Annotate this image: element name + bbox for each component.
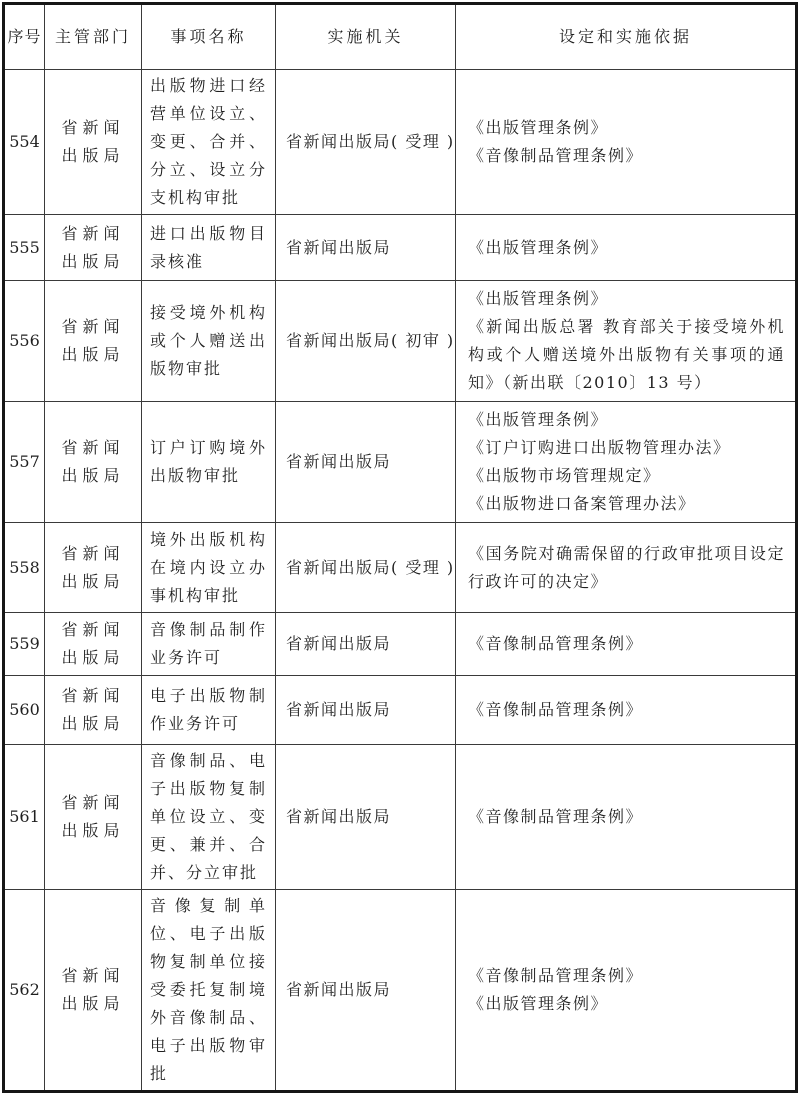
cell-basis: 《国务院对确需保留的行政审批项目设定行政许可的决定》 <box>456 523 797 613</box>
cell-no: 559 <box>4 613 45 676</box>
table-row: 555 省新闻出版局 进口出版物目录核准 省新闻出版局 《出版管理条例》 <box>4 215 797 281</box>
cell-basis: 《出版管理条例》《订户订购进口出版物管理办法》《出版物市场管理规定》《出版物进口… <box>456 402 797 523</box>
cell-item-name: 电子出版物制作业务许可 <box>142 676 276 745</box>
approval-items-table: 序号 主管部门 事项名称 实施机关 设定和实施依据 554 省新闻出版局 出版物… <box>2 2 798 1093</box>
table-row: 556 省新闻出版局 接受境外机构或个人赠送出版物审批 省新闻出版局( 初审 )… <box>4 281 797 402</box>
cell-no: 555 <box>4 215 45 281</box>
table-header: 序号 主管部门 事项名称 实施机关 设定和实施依据 <box>4 4 797 70</box>
cell-no: 556 <box>4 281 45 402</box>
cell-basis: 《音像制品管理条例》 <box>456 613 797 676</box>
cell-item-name: 境外出版机构在境内设立办事机构审批 <box>142 523 276 613</box>
cell-item-name: 接受境外机构或个人赠送出版物审批 <box>142 281 276 402</box>
cell-no: 558 <box>4 523 45 613</box>
cell-item-name: 订户订购境外出版物审批 <box>142 402 276 523</box>
cell-basis: 《出版管理条例》《新闻出版总署 教育部关于接受境外机构或个人赠送境外出版物有关事… <box>456 281 797 402</box>
header-basis: 设定和实施依据 <box>456 4 797 70</box>
cell-agency: 省新闻出版局 <box>276 613 456 676</box>
cell-department: 省新闻出版局 <box>45 745 142 890</box>
basis-entry: 《音像制品管理条例》 <box>468 803 785 831</box>
cell-item-name: 音像复制单位、电子出版物复制单位接受委托复制境外音像制品、电子出版物审批 <box>142 890 276 1092</box>
table-row: 559 省新闻出版局 音像制品制作业务许可 省新闻出版局 《音像制品管理条例》 <box>4 613 797 676</box>
table-row: 560 省新闻出版局 电子出版物制作业务许可 省新闻出版局 《音像制品管理条例》 <box>4 676 797 745</box>
basis-entry: 《出版物进口备案管理办法》 <box>468 490 785 518</box>
cell-department: 省新闻出版局 <box>45 402 142 523</box>
header-department: 主管部门 <box>45 4 142 70</box>
cell-agency: 省新闻出版局( 初审 ) <box>276 281 456 402</box>
cell-basis: 《音像制品管理条例》 <box>456 745 797 890</box>
cell-no: 561 <box>4 745 45 890</box>
basis-entry: 《国务院对确需保留的行政审批项目设定行政许可的决定》 <box>468 540 785 596</box>
cell-department: 省新闻出版局 <box>45 676 142 745</box>
table-row: 562 省新闻出版局 音像复制单位、电子出版物复制单位接受委托复制境外音像制品、… <box>4 890 797 1092</box>
cell-department: 省新闻出版局 <box>45 890 142 1092</box>
cell-item-name: 音像制品、电子出版物复制单位设立、变更、兼并、合并、分立审批 <box>142 745 276 890</box>
cell-agency: 省新闻出版局( 受理 ) <box>276 70 456 215</box>
cell-department: 省新闻出版局 <box>45 613 142 676</box>
cell-department: 省新闻出版局 <box>45 281 142 402</box>
cell-basis: 《出版管理条例》 <box>456 215 797 281</box>
cell-no: 562 <box>4 890 45 1092</box>
table-row: 557 省新闻出版局 订户订购境外出版物审批 省新闻出版局 《出版管理条例》《订… <box>4 402 797 523</box>
basis-entry: 《订户订购进口出版物管理办法》 <box>468 434 785 462</box>
table-body: 554 省新闻出版局 出版物进口经营单位设立、变更、合并、分立、设立分支机构审批… <box>4 70 797 1092</box>
basis-entry: 《出版物市场管理规定》 <box>468 462 785 490</box>
cell-basis: 《出版管理条例》《音像制品管理条例》 <box>456 70 797 215</box>
cell-basis: 《音像制品管理条例》 <box>456 676 797 745</box>
table-row: 554 省新闻出版局 出版物进口经营单位设立、变更、合并、分立、设立分支机构审批… <box>4 70 797 215</box>
header-item-name: 事项名称 <box>142 4 276 70</box>
basis-entry: 《出版管理条例》 <box>468 234 785 262</box>
cell-item-name: 音像制品制作业务许可 <box>142 613 276 676</box>
header-no: 序号 <box>4 4 45 70</box>
cell-no: 560 <box>4 676 45 745</box>
table-row: 561 省新闻出版局 音像制品、电子出版物复制单位设立、变更、兼并、合并、分立审… <box>4 745 797 890</box>
basis-entry: 《新闻出版总署 教育部关于接受境外机构或个人赠送境外出版物有关事项的通知》（新出… <box>468 313 785 397</box>
cell-department: 省新闻出版局 <box>45 70 142 215</box>
basis-entry: 《出版管理条例》 <box>468 285 785 313</box>
cell-department: 省新闻出版局 <box>45 523 142 613</box>
header-row: 序号 主管部门 事项名称 实施机关 设定和实施依据 <box>4 4 797 70</box>
basis-entry: 《音像制品管理条例》 <box>468 962 785 990</box>
header-agency: 实施机关 <box>276 4 456 70</box>
cell-no: 554 <box>4 70 45 215</box>
cell-agency: 省新闻出版局 <box>276 745 456 890</box>
cell-no: 557 <box>4 402 45 523</box>
cell-agency: 省新闻出版局 <box>276 676 456 745</box>
cell-department: 省新闻出版局 <box>45 215 142 281</box>
cell-basis: 《音像制品管理条例》《出版管理条例》 <box>456 890 797 1092</box>
table-row: 558 省新闻出版局 境外出版机构在境内设立办事机构审批 省新闻出版局( 受理 … <box>4 523 797 613</box>
cell-agency: 省新闻出版局( 受理 ) <box>276 523 456 613</box>
cell-agency: 省新闻出版局 <box>276 402 456 523</box>
basis-entry: 《出版管理条例》 <box>468 990 785 1018</box>
basis-entry: 《音像制品管理条例》 <box>468 142 785 170</box>
cell-item-name: 进口出版物目录核准 <box>142 215 276 281</box>
cell-agency: 省新闻出版局 <box>276 215 456 281</box>
basis-entry: 《出版管理条例》 <box>468 114 785 142</box>
basis-entry: 《音像制品管理条例》 <box>468 696 785 724</box>
cell-item-name: 出版物进口经营单位设立、变更、合并、分立、设立分支机构审批 <box>142 70 276 215</box>
basis-entry: 《音像制品管理条例》 <box>468 630 785 658</box>
cell-agency: 省新闻出版局 <box>276 890 456 1092</box>
basis-entry: 《出版管理条例》 <box>468 406 785 434</box>
